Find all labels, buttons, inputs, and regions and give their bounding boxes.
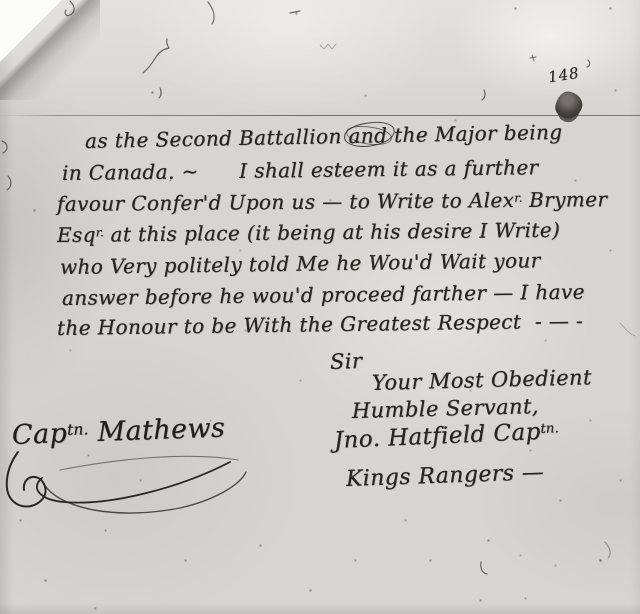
scanned-letter-page: 148 as the Second Battallion and the Maj… [0,0,640,614]
closing-salutation: Sir [330,349,363,374]
signature-flourish [0,440,270,550]
line3-text-end: Brymer [522,187,607,212]
line1-text-end: the Major being [387,120,563,147]
scribbled-out-word: and [348,123,387,148]
annotation-superscript: tn. [67,419,89,439]
scan-noise-speckles [0,0,1,1]
line3-text: favour Confer'd Upon us — to Write to Al… [57,188,515,216]
closing-line-2: Humble Servant, [352,394,539,423]
line1-text: as the Second Battallion [85,124,349,153]
line4-text-end: at this place (it being at his desire I … [104,218,561,247]
signature-superscript: tn. [540,421,559,437]
superscript: r. [96,225,104,239]
line4-text: Esq [57,223,96,247]
body-line-3: favour Confer'd Upon us — to Write to Al… [57,187,608,216]
